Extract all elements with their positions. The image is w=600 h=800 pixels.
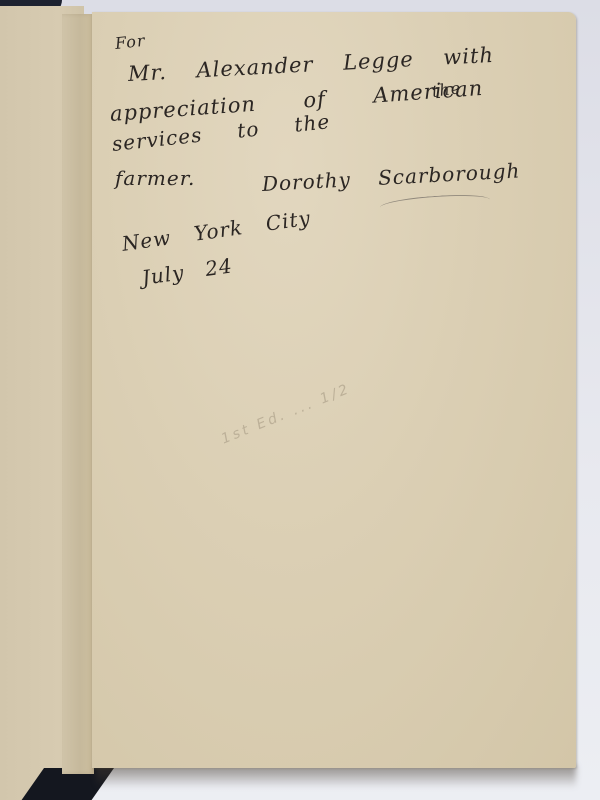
inscription-line-for: For [114, 31, 146, 53]
book-gutter [62, 14, 94, 774]
page-shadow [96, 766, 576, 788]
inscription-line-farmer: farmer. [115, 166, 195, 190]
photo-scene: For Mr. Alexander Legge with the appreci… [0, 0, 600, 800]
